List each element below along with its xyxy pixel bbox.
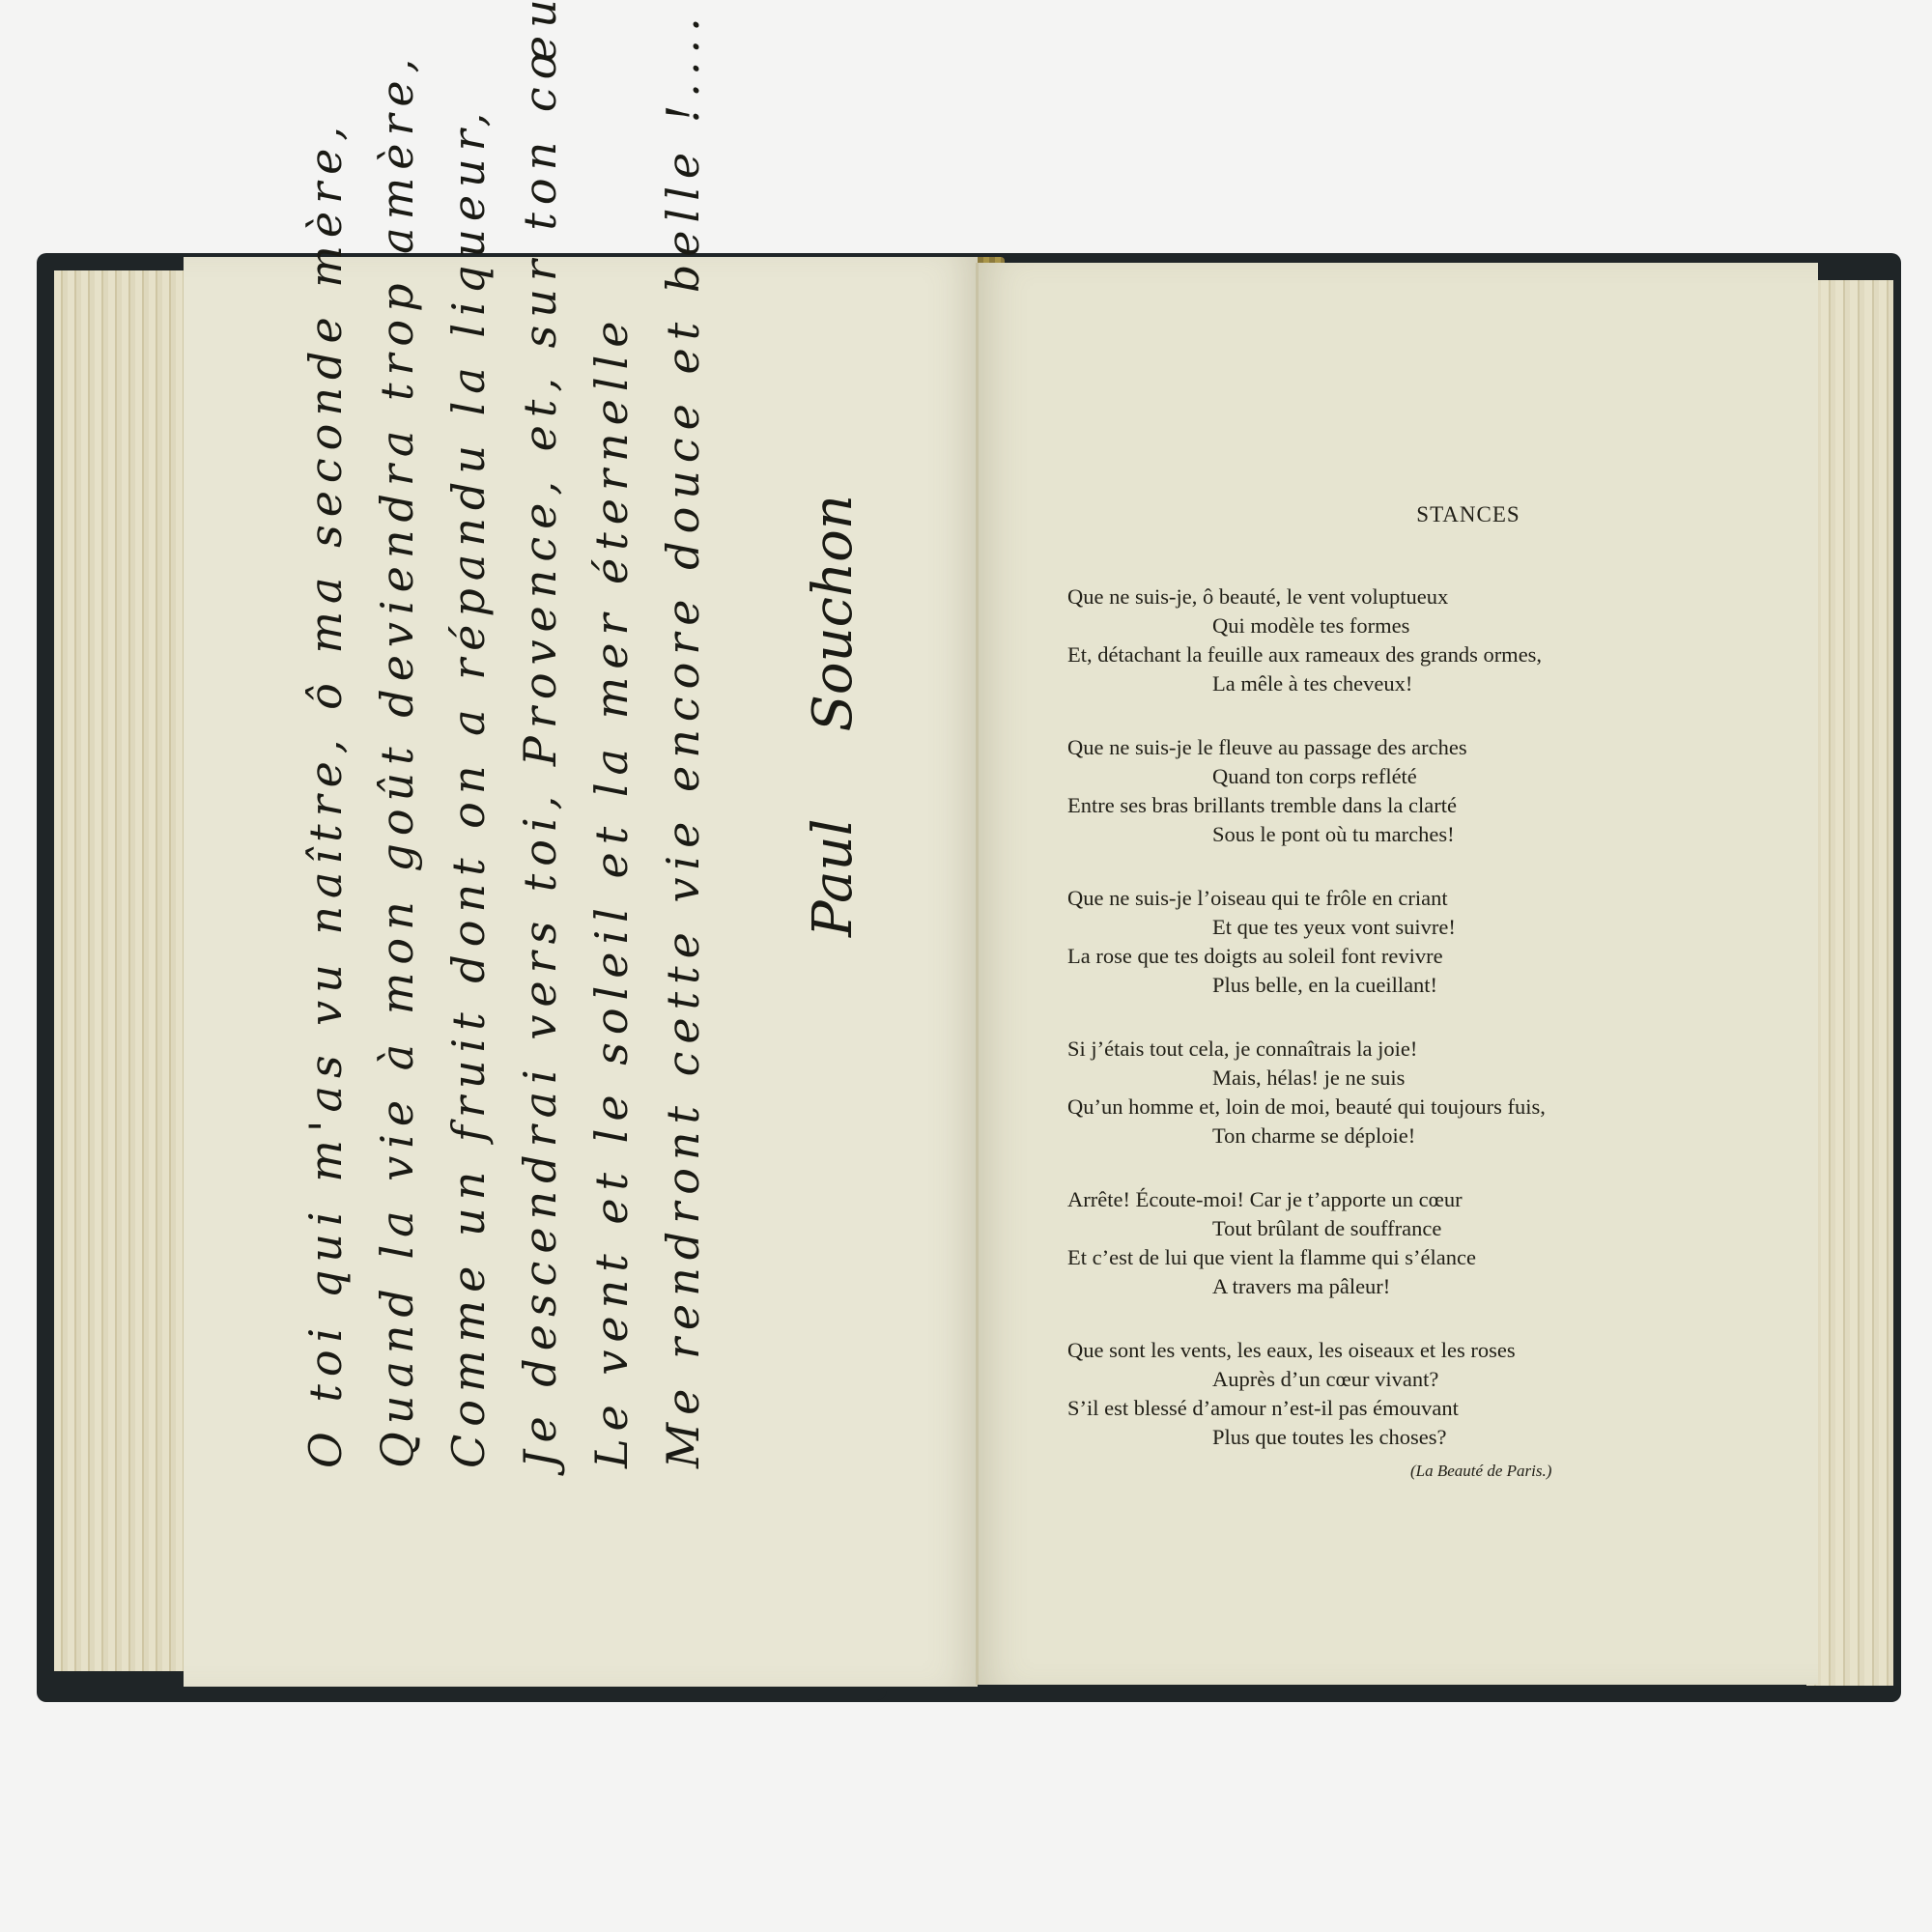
author-signature: PaulSouchon — [802, 454, 865, 937]
verse-line: Tout brûlant de souffrance — [1067, 1214, 1744, 1243]
manuscript-line: O toi qui m'as vu naître, ô ma seconde m… — [290, 406, 361, 1468]
poem-source: (La Beauté de Paris.) — [1067, 1462, 1744, 1481]
verse-line: Plus que toutes les choses? — [1067, 1423, 1744, 1452]
verse-line: S’il est blessé d’amour n’est-il pas émo… — [1067, 1394, 1744, 1423]
verse-line: Si j’étais tout cela, je connaîtrais la … — [1067, 1035, 1744, 1064]
signature-first-name: Paul — [802, 818, 865, 937]
printed-poem: STANCES Que ne suis-je, ô beauté, le ven… — [1067, 502, 1744, 1481]
stanza: Que ne suis-je le fleuve au passage des … — [1067, 733, 1744, 849]
poem-title: STANCES — [1067, 502, 1744, 527]
manuscript-line: Me rendront cette vie encore douce et be… — [647, 406, 719, 1468]
verse-line: Que ne suis-je le fleuve au passage des … — [1067, 733, 1744, 762]
verse-line: Plus belle, en la cueillant! — [1067, 971, 1744, 1000]
verse-line: Que sont les vents, les eaux, les oiseau… — [1067, 1336, 1744, 1365]
stanza: Que sont les vents, les eaux, les oiseau… — [1067, 1336, 1744, 1452]
stanza: Que ne suis-je, ô beauté, le vent volupt… — [1067, 582, 1744, 698]
manuscript-line: Le vent et le soleil et la mer éternelle — [576, 406, 647, 1468]
book-gutter — [976, 263, 979, 1685]
stanza: Que ne suis-je l’oiseau qui te frôle en … — [1067, 884, 1744, 1000]
manuscript-line: Comme un fruit dont on a répandu la liqu… — [433, 406, 504, 1468]
verse-line: A travers ma pâleur! — [1067, 1272, 1744, 1301]
verse-line: Entre ses bras brillants tremble dans la… — [1067, 791, 1744, 820]
stanza: Arrête! Écoute-moi! Car je t’apporte un … — [1067, 1185, 1744, 1301]
stanza: Si j’étais tout cela, je connaîtrais la … — [1067, 1035, 1744, 1151]
verse-line: Quand ton corps reflété — [1067, 762, 1744, 791]
handwritten-poem: O toi qui m'as vu naître, ô ma seconde m… — [290, 406, 719, 1468]
verse-line: Que ne suis-je l’oiseau qui te frôle en … — [1067, 884, 1744, 913]
manuscript-line: Je descendrai vers toi, Provence, et, su… — [504, 406, 576, 1468]
verse-line: Sous le pont où tu marches! — [1067, 820, 1744, 849]
manuscript-line: Quand la vie à mon goût deviendra trop a… — [361, 406, 433, 1468]
verse-line: Mais, hélas! je ne suis — [1067, 1064, 1744, 1093]
verse-line: La rose que tes doigts au soleil font re… — [1067, 942, 1744, 971]
left-page-stack-edge — [54, 270, 189, 1671]
right-page-stack-edge — [1806, 280, 1893, 1686]
verse-line: Qu’un homme et, loin de moi, beauté qui … — [1067, 1093, 1744, 1122]
verse-line: Qui modèle tes formes — [1067, 611, 1744, 640]
signature-last-name: Souchon — [802, 495, 865, 731]
verse-line: Et, détachant la feuille aux rameaux des… — [1067, 640, 1744, 669]
verse-line: Arrête! Écoute-moi! Car je t’apporte un … — [1067, 1185, 1744, 1214]
verse-line: Auprès d’un cœur vivant? — [1067, 1365, 1744, 1394]
verse-line: Et c’est de lui que vient la flamme qui … — [1067, 1243, 1744, 1272]
verse-line: Que ne suis-je, ô beauté, le vent volupt… — [1067, 582, 1744, 611]
verse-line: Et que tes yeux vont suivre! — [1067, 913, 1744, 942]
verse-line: Ton charme se déploie! — [1067, 1122, 1744, 1151]
verse-line: La mêle à tes cheveux! — [1067, 669, 1744, 698]
